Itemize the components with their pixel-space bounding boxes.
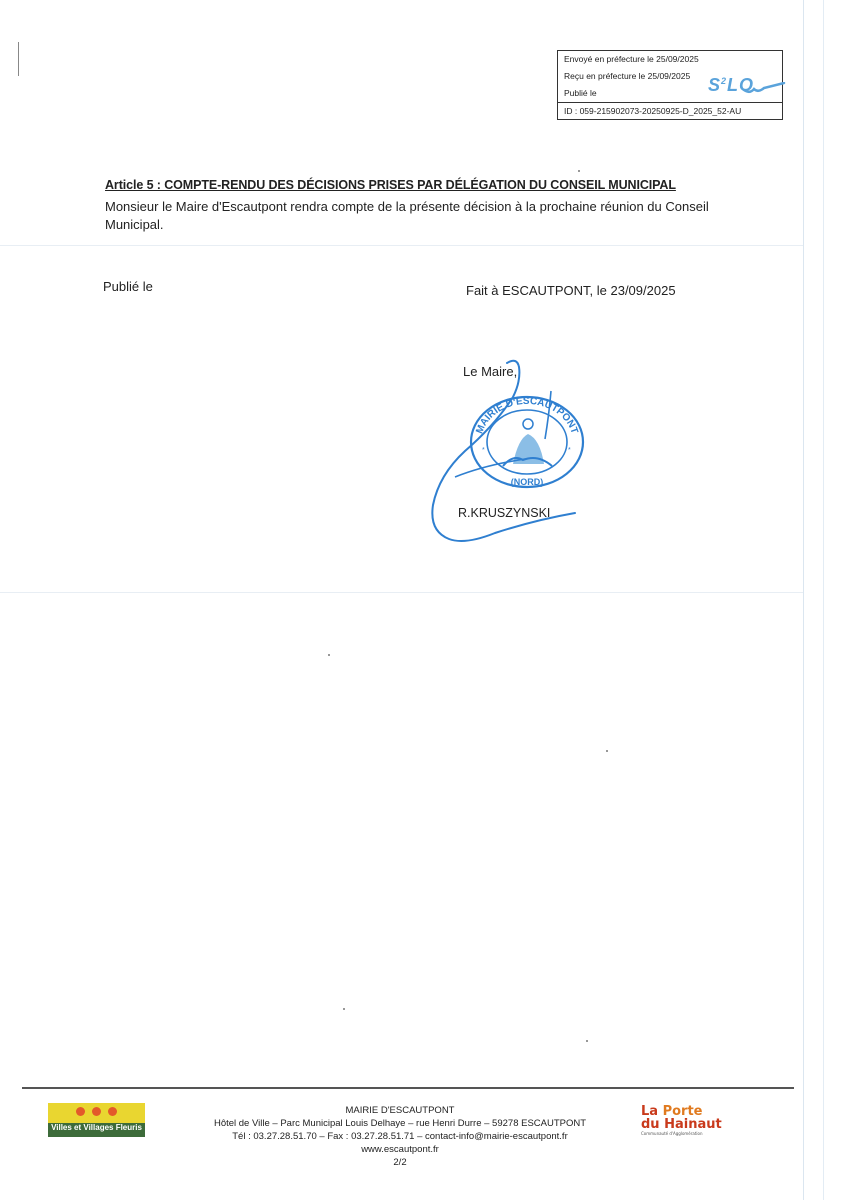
scan-artifact — [343, 1008, 345, 1010]
signatory-name: R.KRUSZYNSKI — [458, 506, 550, 520]
footer-divider — [22, 1087, 794, 1089]
scan-artifact — [578, 170, 580, 172]
scan-artifact — [0, 245, 803, 246]
act-id: ID : 059-215902073-20250925-D_2025_52-AU — [558, 102, 782, 120]
villes-villages-fleuris-logo: Villes et Villages Fleuris — [48, 1103, 145, 1137]
scan-artifact — [803, 0, 804, 1200]
scan-artifact — [0, 592, 803, 593]
footer-address: Hôtel de Ville – Parc Municipal Louis De… — [200, 1117, 600, 1130]
footer-title: MAIRIE D'ESCAUTPONT — [200, 1104, 600, 1117]
scan-artifact — [823, 0, 824, 1200]
page-number: 2/2 — [200, 1156, 600, 1169]
footer-contact: Tél : 03.27.28.51.70 – Fax : 03.27.28.51… — [200, 1130, 600, 1143]
check-mark-icon — [742, 82, 786, 96]
place-date: Fait à ESCAUTPONT, le 23/09/2025 — [466, 283, 676, 298]
footer-address-block: MAIRIE D'ESCAUTPONT Hôtel de Ville – Par… — [200, 1104, 600, 1169]
document-page: Envoyé en préfecture le 25/09/2025 Reçu … — [0, 0, 849, 1200]
footer-website: www.escautpont.fr — [200, 1143, 600, 1156]
published-label: Publié le — [103, 279, 153, 294]
porte-du-hainaut-logo: La Porte du Hainaut Communauté d'Agglomé… — [641, 1105, 722, 1136]
scan-artifact — [18, 42, 19, 76]
scan-artifact — [328, 654, 330, 656]
sent-date: Envoyé en préfecture le 25/09/2025 — [564, 51, 782, 68]
scan-artifact — [606, 750, 608, 752]
article-title: Article 5 : COMPTE-RENDU DES DÉCISIONS P… — [105, 178, 676, 192]
article-body: Monsieur le Maire d'Escautpont rendra co… — [105, 198, 765, 234]
scan-artifact — [586, 1040, 588, 1042]
